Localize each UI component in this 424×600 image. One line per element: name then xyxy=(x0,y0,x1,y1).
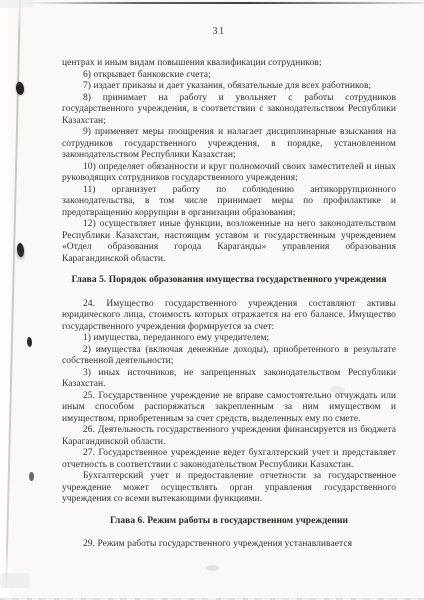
paragraph: Бухгалтерский учет и предоставление отче… xyxy=(62,471,396,506)
paragraph: 26. Деятельность государственного учрежд… xyxy=(62,425,396,448)
paragraph: 24. Имущество государственного учреждени… xyxy=(62,299,396,334)
binding-hole-mark xyxy=(16,243,24,258)
page-left-edge xyxy=(0,0,11,600)
scan-smudge xyxy=(206,565,219,571)
scanned-page: 31 центрах и иным видам повышения квалиф… xyxy=(0,0,424,600)
paragraph: 7) издает приказы и дает указания, обяза… xyxy=(62,81,396,93)
chapter-heading: Глава 5. Порядок образования имущества г… xyxy=(62,275,396,287)
binding-hole-mark xyxy=(27,337,33,347)
document-body: центрах и иным видам повышения квалифика… xyxy=(62,58,396,551)
paragraph: 3) иных источников, не запрещенных закон… xyxy=(62,368,396,391)
paragraph: 12) осуществляет иные функции, возложенн… xyxy=(62,219,396,265)
paragraph: 6) открывает банковские счета; xyxy=(62,70,396,82)
paragraph: центрах и иным видам повышения квалифика… xyxy=(62,58,396,70)
page-number: 31 xyxy=(0,26,424,38)
binding-hole-mark xyxy=(29,472,34,481)
paragraph: 9) применяет меры поощрения и налагает д… xyxy=(62,127,396,162)
paragraph: 8) принимает на работу и увольняет с раб… xyxy=(62,93,396,128)
paragraph: 25. Государственное учреждение не вправе… xyxy=(62,391,396,426)
paragraph: 10) определяет обязанности и круг полном… xyxy=(62,162,396,185)
paragraph: 1) имущества, переданного ему учредителе… xyxy=(62,333,396,345)
paragraph: 27. Государственное учреждение ведет бух… xyxy=(62,448,396,471)
paragraph: 29. Режим работы государственного учрежд… xyxy=(62,539,396,551)
paragraph: 2) имущества (включая денежные доходы), … xyxy=(62,345,396,368)
binding-hole-mark xyxy=(15,82,25,96)
chapter-heading: Глава 6. Режим работы в государственном … xyxy=(62,516,396,528)
paragraph: 11) организует работу по соблюдению анти… xyxy=(62,185,396,220)
scan-top-edge-line xyxy=(26,2,424,4)
